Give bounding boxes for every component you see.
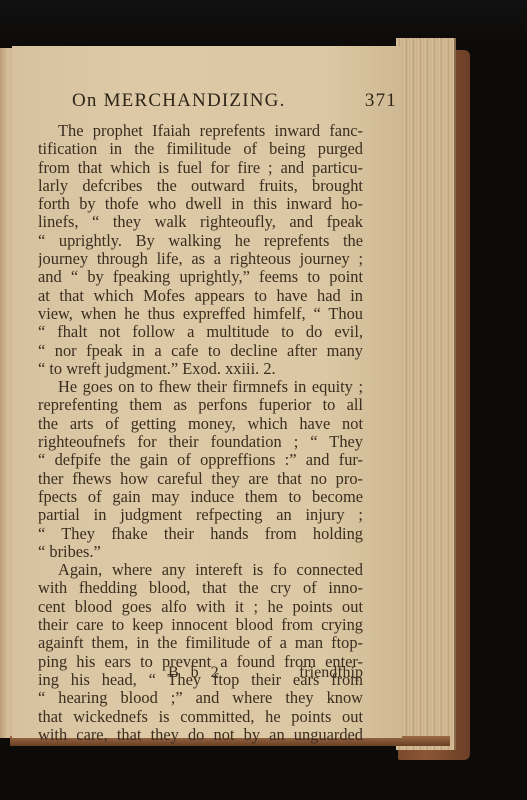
text-line: “ defpife the gain of oppreffions :” and… xyxy=(38,451,363,469)
text-line: partial in judgment refpecting an injury… xyxy=(38,506,363,524)
page-number: 371 xyxy=(365,90,397,112)
text-line: with care, that they do not by an unguar… xyxy=(38,726,363,744)
text-line: reprefenting them as perfons fuperior to… xyxy=(38,396,363,414)
catchword: friendfhip xyxy=(299,664,363,682)
text-line: that wickednefs is committed, he points … xyxy=(38,708,363,726)
page-footer: B b 2 friendfhip xyxy=(38,664,363,684)
text-line: at that which Mofes appears to have had … xyxy=(38,287,363,305)
text-line: the arts of getting money, which have no… xyxy=(38,415,363,433)
text-line: He goes on to fhew their firmnefs in equ… xyxy=(38,378,363,396)
signature-mark: B b 2 xyxy=(168,664,223,682)
text-line: “ fhalt not follow a multitude to do evi… xyxy=(38,323,363,341)
text-line: againft them, in the fimilitude of a man… xyxy=(38,634,363,652)
page-stack-edge xyxy=(396,38,456,750)
text-line: from that which is fuel for fire ; and p… xyxy=(38,159,363,177)
text-line: “ nor fpeak in a cafe to decline after m… xyxy=(38,342,363,360)
body-text: The prophet Ifaiah reprefents inward fan… xyxy=(38,122,363,744)
text-line: righteoufnefs for their foundation ; “ T… xyxy=(38,433,363,451)
text-line: “ uprightly. By walking he reprefents th… xyxy=(38,232,363,250)
book-page: On MERCHANDIZING. 371 The prophet Ifaiah… xyxy=(12,46,402,738)
text-line: cent blood goes alfo with it ; he points… xyxy=(38,598,363,616)
text-line: The prophet Ifaiah reprefents inward fan… xyxy=(38,122,363,140)
text-line: larly defcribes the outward fruits, brou… xyxy=(38,177,363,195)
text-line: forth by thofe who dwell in this inward … xyxy=(38,195,363,213)
text-line: tification in the fimilitude of being pu… xyxy=(38,140,363,158)
text-line: “ hearing blood ;” and where they know xyxy=(38,689,363,707)
text-line: with fhedding blood, that the cry of inn… xyxy=(38,579,363,597)
text-line: “ to wreft judgment.” Exod. xxiii. 2. xyxy=(38,360,363,378)
text-line: “ bribes.” xyxy=(38,543,363,561)
text-line: Again, where any intereft is fo connecte… xyxy=(38,561,363,579)
running-head-title: On MERCHANDIZING. xyxy=(72,90,286,112)
text-line: their care to keep innocent blood from c… xyxy=(38,616,363,634)
text-line: “ They fhake their hands from holding xyxy=(38,525,363,543)
text-line: journey through life, as a righteous jou… xyxy=(38,250,363,268)
text-line: fpects of gain may induce them to become xyxy=(38,488,363,506)
text-line: ther fhews how careful they are that no … xyxy=(38,470,363,488)
text-line: linefs, “ they walk righteoufly, and fpe… xyxy=(38,213,363,231)
text-line: view, when he thus expreffed himfelf, “ … xyxy=(38,305,363,323)
text-line: and “ by fpeaking uprightly,” feems to p… xyxy=(38,268,363,286)
